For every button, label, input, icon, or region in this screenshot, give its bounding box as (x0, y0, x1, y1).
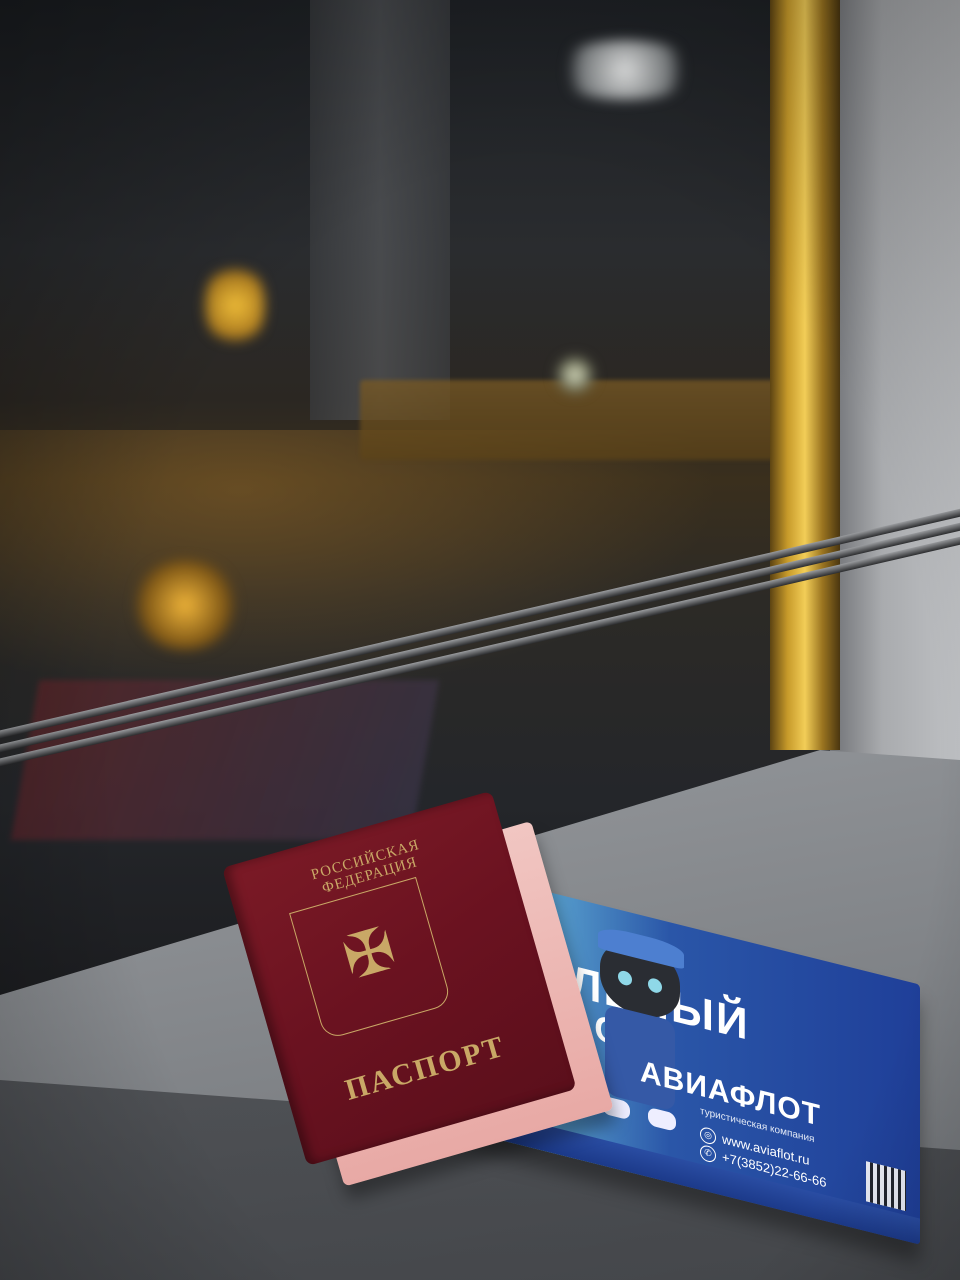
qr-code (866, 1161, 906, 1211)
phone-icon: ✆ (700, 1144, 716, 1164)
light-glow (205, 260, 265, 350)
photo-scene: ВАШ ИДЕАЛЬНЫЙ ОТПУСК С АВИАФЛОТ туристич… (0, 0, 960, 1280)
cat-mascot (590, 922, 690, 1147)
ceiling-light (550, 40, 700, 100)
distant-light (555, 355, 595, 395)
vehicle-lights (130, 560, 240, 650)
terminal-column (310, 0, 450, 420)
